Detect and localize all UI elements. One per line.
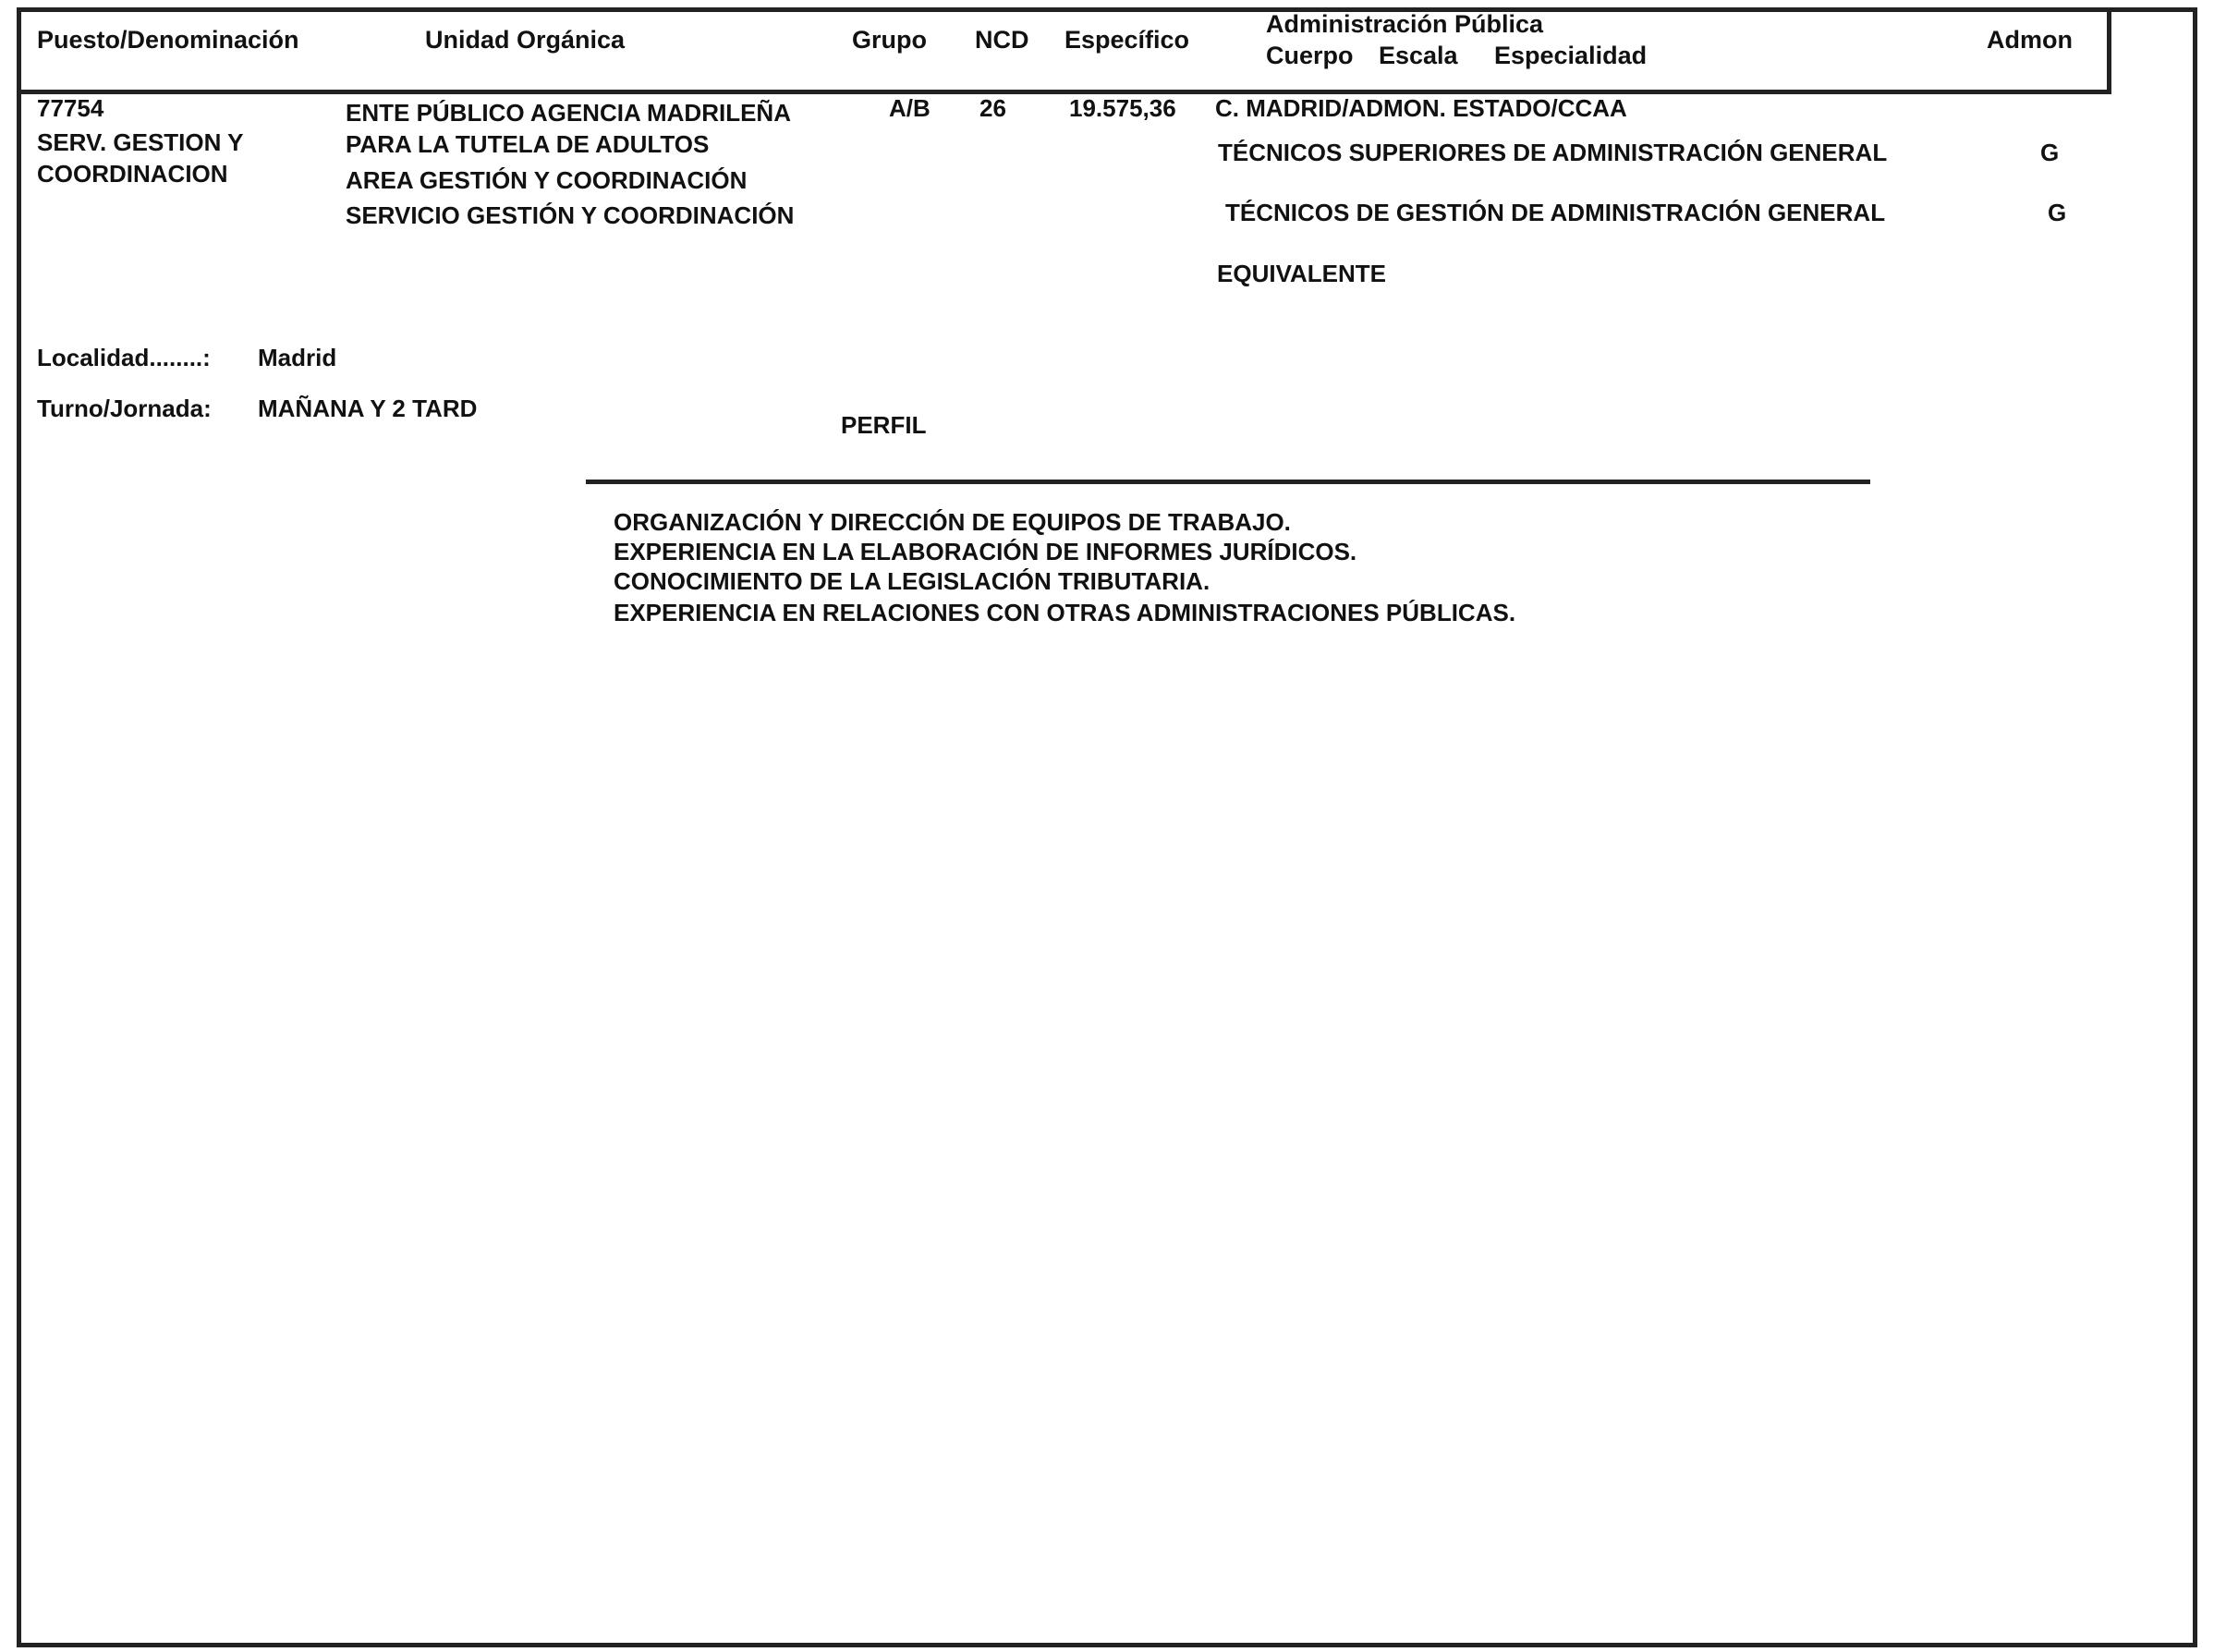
page-frame bbox=[17, 7, 2197, 1647]
record-cuerpo-admon: G bbox=[2048, 199, 2066, 226]
header-especifico: Específico bbox=[1064, 26, 1189, 54]
header-unidad: Unidad Orgánica bbox=[425, 26, 625, 54]
header-grupo: Grupo bbox=[852, 26, 927, 54]
header-especialidad: Especialidad bbox=[1494, 42, 1647, 69]
record-cuerpo-admon: G bbox=[2040, 139, 2059, 166]
record-especifico: 19.575,36 bbox=[1069, 94, 1176, 122]
turno-label: Turno/Jornada: bbox=[37, 395, 212, 422]
record-cuerpo: TÉCNICOS DE GESTIÓN DE ADMINISTRACIÓN GE… bbox=[1225, 199, 1885, 226]
perfil-item: EXPERIENCIA EN RELACIONES CON OTRAS ADMI… bbox=[614, 599, 1515, 626]
record-unidad-line: AREA GESTIÓN Y COORDINACIÓN bbox=[346, 166, 747, 194]
record-denominacion-line: COORDINACION bbox=[37, 160, 228, 188]
record-denominacion-line: SERV. GESTION Y bbox=[37, 128, 244, 156]
perfil-item: EXPERIENCIA EN LA ELABORACIÓN DE INFORME… bbox=[614, 538, 1356, 565]
header-puesto: Puesto/Denominación bbox=[37, 26, 299, 54]
record-unidad-line: PARA LA TUTELA DE ADULTOS bbox=[346, 130, 709, 158]
header-ncd: NCD bbox=[975, 26, 1029, 54]
header-admon: Admon bbox=[1987, 26, 2073, 54]
localidad-label: Localidad........: bbox=[37, 344, 211, 371]
record-equivalente: EQUIVALENTE bbox=[1217, 260, 1386, 287]
record-cuerpo: TÉCNICOS SUPERIORES DE ADMINISTRACIÓN GE… bbox=[1218, 139, 1887, 166]
perfil-item: CONOCIMIENTO DE LA LEGISLACIÓN TRIBUTARI… bbox=[614, 567, 1210, 595]
record-codigo: 77754 bbox=[37, 94, 103, 122]
turno-value: MAÑANA Y 2 TARD bbox=[258, 395, 477, 422]
perfil-item: ORGANIZACIÓN Y DIRECCIÓN DE EQUIPOS DE T… bbox=[614, 508, 1291, 536]
record-grupo: A/B bbox=[889, 94, 931, 122]
header-admin-publica: Administración Pública bbox=[1266, 10, 1543, 38]
localidad-value: Madrid bbox=[258, 344, 336, 371]
record-ncd: 26 bbox=[979, 94, 1006, 122]
record-unidad-line: SERVICIO GESTIÓN Y COORDINACIÓN bbox=[346, 201, 794, 229]
header-cuerpo: Cuerpo bbox=[1266, 42, 1354, 69]
perfil-divider bbox=[586, 480, 1870, 484]
record-unidad-line: ENTE PÚBLICO AGENCIA MADRILEÑA bbox=[346, 99, 791, 127]
record-administracion: C. MADRID/ADMON. ESTADO/CCAA bbox=[1215, 94, 1627, 122]
perfil-title: PERFIL bbox=[841, 411, 926, 439]
header-escala: Escala bbox=[1379, 42, 1458, 69]
